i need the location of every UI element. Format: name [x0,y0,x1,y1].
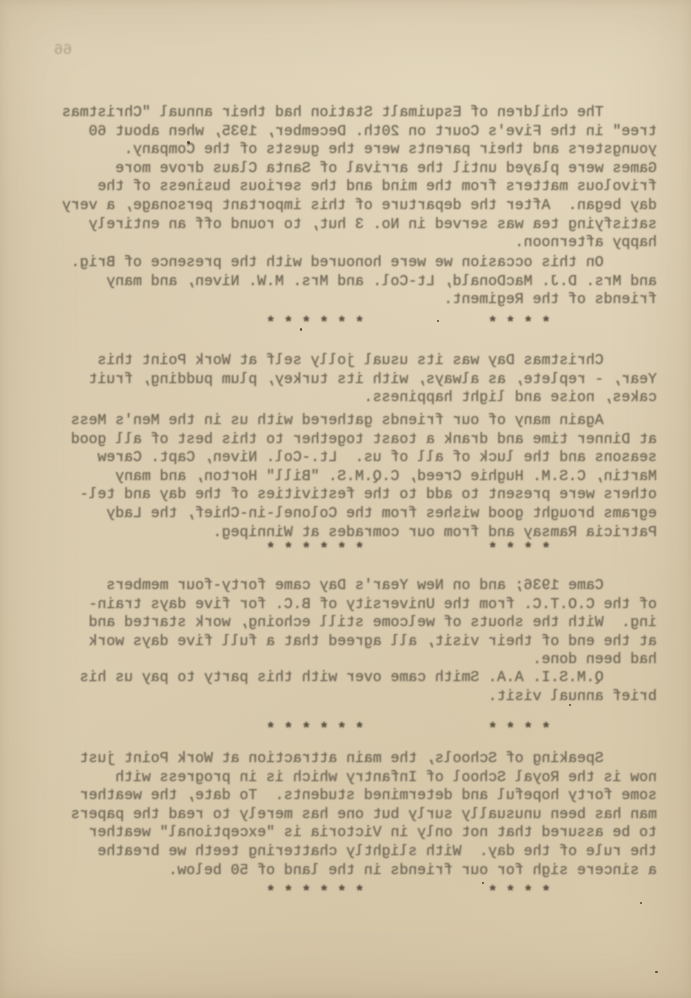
asterisk-separator-2: * * * * * * * * * * [266,541,657,560]
paragraph-christmas-day: Christmas Day was its usual jolly self a… [89,352,657,408]
paragraph-mens-mess-dinner: Again many of our friends gathered with … [71,412,657,542]
asterisk-separator-3: * * * * * * * * * * [266,721,657,740]
paragraph-royal-school-infantry: Speaking of Schools, the main attraction… [71,750,657,880]
paragraph-qmsi-smith-visit: Q.M.S.I. A.A. Smith came over with this … [80,669,657,706]
mirrored-ink-showthrough-layer: 66 The children of Esquimalt Station had… [0,0,691,998]
paragraph-new-years-cotc: Came 1936; and on New Year's Day came fo… [89,577,657,670]
asterisk-separator-4: * * * * * * * * * * [266,884,657,903]
paragraph-honoured-guests: On this occasion we were honoured with t… [71,254,657,310]
page-number: 66 [54,42,72,60]
scanned-page: 66 The children of Esquimalt Station had… [0,0,691,998]
paragraph-esquimalt-christmas-tree: The children of Esquimalt Station had th… [62,104,657,253]
asterisk-separator-1: * * * * * * * * * * [266,315,657,334]
